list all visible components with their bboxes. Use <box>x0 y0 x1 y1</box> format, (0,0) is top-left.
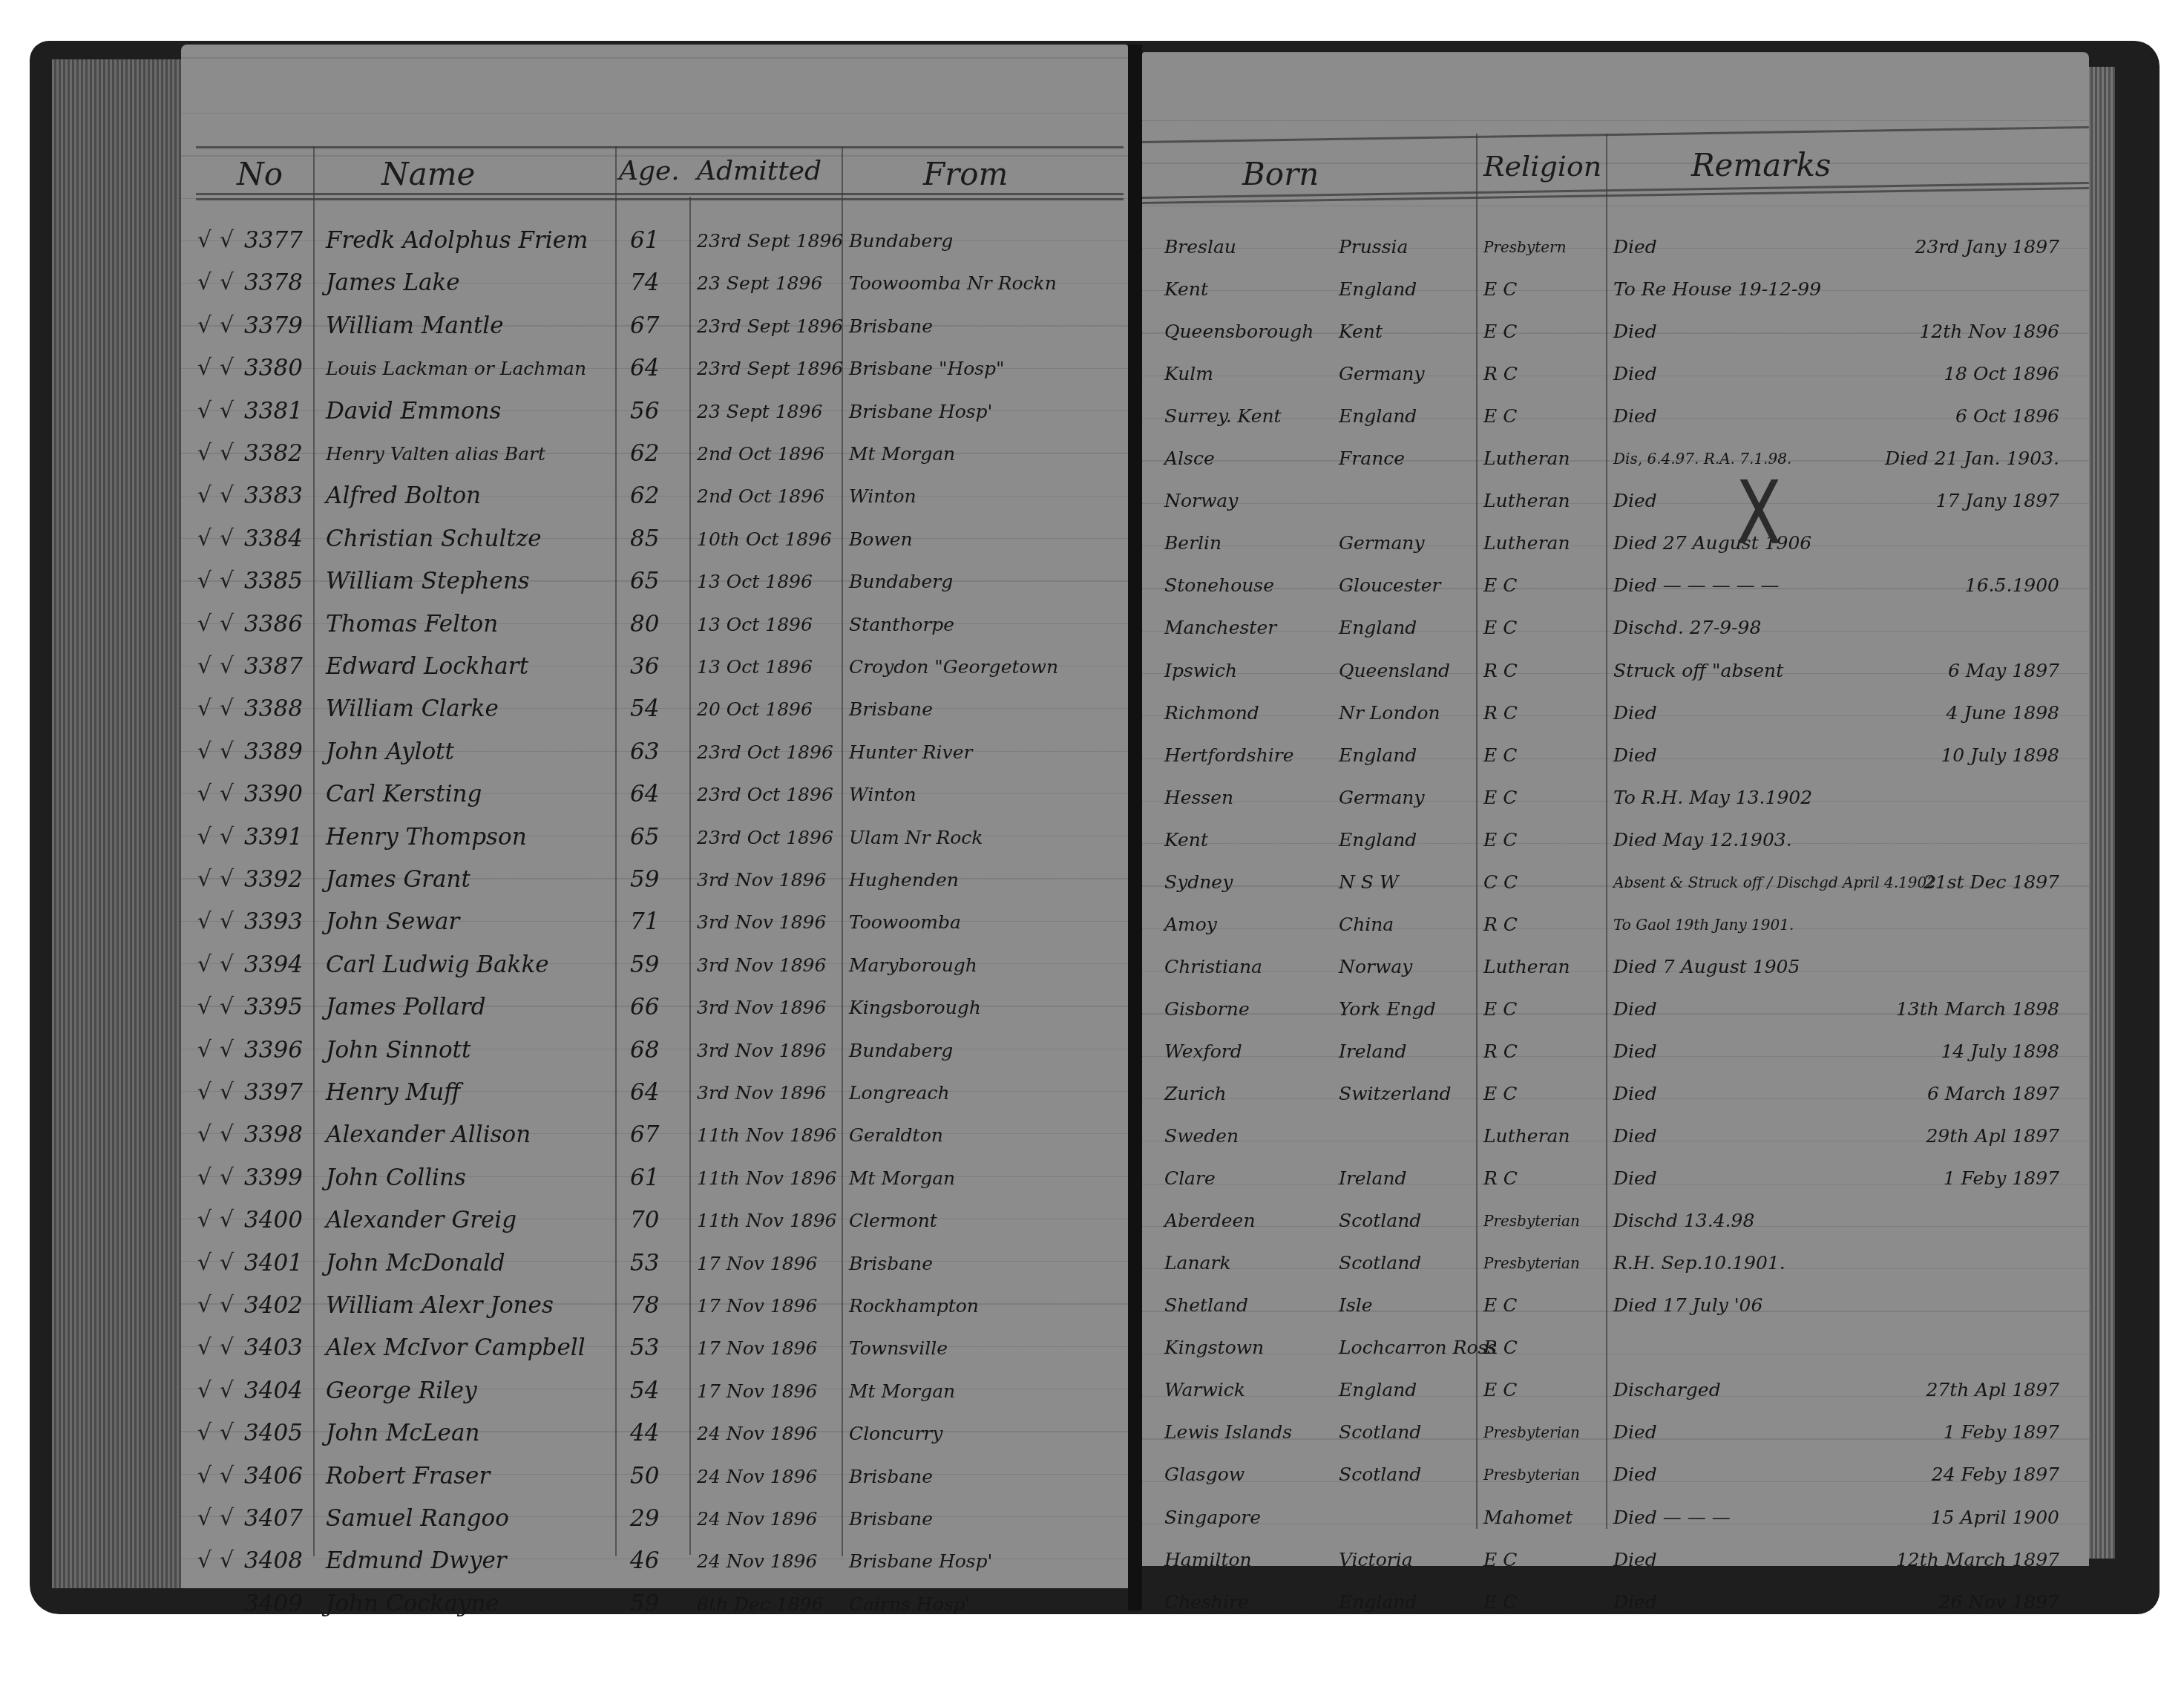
entry-name: Alexander Greig <box>326 1207 517 1233</box>
entry-religion: R C <box>1483 363 1518 384</box>
check-mark-icon: √ <box>220 269 234 295</box>
entry-from: Winton <box>849 784 916 805</box>
entry-age: 67 <box>630 1121 659 1148</box>
table-row: ZurichSwitzerlandE CDied6 March 1897 <box>1142 1075 2089 1118</box>
entry-born-place: Hessen <box>1164 787 1233 808</box>
header-admitted: Admitted <box>697 156 822 186</box>
table-row: √√3391Henry Thompson6523rd Oct 1896Ulam … <box>181 819 1128 862</box>
entry-religion: E C <box>1483 1549 1517 1570</box>
entry-admitted: 24 Nov 1896 <box>697 1423 817 1444</box>
entry-name: John Cockayne <box>326 1590 499 1617</box>
entry-number: 3387 <box>244 653 303 680</box>
entry-born-place: Wexford <box>1164 1041 1242 1062</box>
entry-name: Christian Schultze <box>326 525 542 552</box>
entry-number: 3392 <box>244 866 303 893</box>
entry-religion: E C <box>1483 744 1517 766</box>
table-row: √√3399John Collins6111th Nov 1896Mt Morg… <box>181 1160 1128 1202</box>
entry-born-place: Sweden <box>1164 1125 1239 1147</box>
header-top-rule <box>196 146 1124 148</box>
entry-born-country: Queensland <box>1339 660 1450 681</box>
entry-religion: C C <box>1483 871 1518 893</box>
table-row: GisborneYork EngdE CDied13th March 1898 <box>1142 991 2089 1033</box>
entry-name: Louis Lackman or Lachman <box>326 358 586 379</box>
entry-age: 29 <box>630 1505 659 1532</box>
check-mark-icon: √ <box>197 1463 211 1489</box>
table-row: √√3405John McLean4424 Nov 1896Cloncurry <box>181 1415 1128 1458</box>
entry-admitted: 23 Sept 1896 <box>697 272 822 294</box>
entry-from: Ulam Nr Rock <box>849 827 983 848</box>
entry-religion: Presbyterian <box>1483 1254 1580 1272</box>
entry-born-country: N S W <box>1339 871 1399 893</box>
entry-age: 53 <box>630 1334 659 1361</box>
table-row: √√3403Alex McIvor Campbell5317 Nov 1896T… <box>181 1330 1128 1372</box>
entry-from: Brisbane "Hosp" <box>849 358 1005 379</box>
entry-remark: Died — — — <box>1613 1507 1731 1528</box>
entry-admitted: 8th Dec 1896 <box>697 1593 823 1615</box>
entry-remark-date: 1 Feby 1897 <box>1944 1421 2059 1443</box>
table-row: HertfordshireEnglandE CDied10 July 1898 <box>1142 737 2089 779</box>
entry-number: 3384 <box>244 525 303 552</box>
entry-name: John Aylott <box>326 738 454 765</box>
check-mark-icon: √ <box>220 1250 234 1276</box>
entry-age: 63 <box>630 738 659 765</box>
entry-born-country: England <box>1339 744 1417 766</box>
entry-age: 74 <box>630 269 659 296</box>
table-row: StonehouseGloucesterE CDied — — — — —16.… <box>1142 567 2089 609</box>
check-mark-icon: √ <box>220 227 234 253</box>
entry-admitted: 17 Nov 1896 <box>697 1295 817 1317</box>
entry-remark: To R.H. May 13.1902 <box>1613 787 1812 808</box>
entry-remark: Dischd. 27-9-98 <box>1613 617 1761 638</box>
entry-from: Mt Morgan <box>849 1380 955 1402</box>
header-bottom-rule <box>196 193 1124 195</box>
entry-remark-date: 1 Feby 1897 <box>1944 1167 2059 1189</box>
page-edges-left <box>52 59 193 1588</box>
entry-born-place: Kulm <box>1164 363 1213 384</box>
entry-born-place: Zurich <box>1164 1083 1227 1104</box>
header-top-rule <box>1142 126 2089 143</box>
check-mark-icon: √ <box>197 781 211 807</box>
entry-admitted: 3rd Nov 1896 <box>697 1082 826 1104</box>
struck-out-x-mark: X <box>1736 463 1782 565</box>
check-mark-icon: √ <box>197 611 211 637</box>
entry-from: Stanthorpe <box>849 614 954 635</box>
check-mark-icon: √ <box>220 695 234 721</box>
entry-name: William Mantle <box>326 312 504 339</box>
entry-from: Rockhampton <box>849 1295 979 1317</box>
book-gutter <box>1128 45 1142 1610</box>
entry-from: Brisbane <box>849 315 933 337</box>
entry-religion: Presbyterian <box>1483 1212 1580 1230</box>
check-mark-icon: √ <box>197 482 211 508</box>
entry-from: Geraldton <box>849 1124 943 1146</box>
entry-born-place: Berlin <box>1164 532 1221 554</box>
table-row: √√3382Henry Valten alias Bart622nd Oct 1… <box>181 436 1128 478</box>
entry-born-place: Hertfordshire <box>1164 744 1294 766</box>
entry-age: 68 <box>630 1037 659 1064</box>
entry-born-country: Nr London <box>1339 702 1440 724</box>
entry-name: Carl Ludwig Bakke <box>326 951 549 978</box>
check-mark-icon: √ <box>220 1037 234 1063</box>
entry-remark: Died <box>1613 702 1657 724</box>
entry-number: 3408 <box>244 1547 303 1574</box>
entry-remark-date: 15 April 1900 <box>1931 1507 2059 1528</box>
entry-name: George Riley <box>326 1377 477 1404</box>
entry-admitted: 23 Sept 1896 <box>697 401 822 422</box>
table-row: KentEnglandE CDied May 12.1903. <box>1142 822 2089 864</box>
entry-age: 61 <box>630 1164 659 1191</box>
entry-born-place: Richmond <box>1164 702 1259 724</box>
table-row: KulmGermanyR CDied18 Oct 1896 <box>1142 355 2089 398</box>
table-row: √√3393John Sewar713rd Nov 1896Toowoomba <box>181 904 1128 946</box>
table-row: AlsceFranceLutheranDis, 6.4.97. R.A. 7.1… <box>1142 440 2089 482</box>
entry-admitted: 11th Nov 1896 <box>697 1124 837 1146</box>
entry-name: William Alexr Jones <box>326 1292 554 1319</box>
table-row: SwedenLutheranDied29th Apl 1897 <box>1142 1118 2089 1160</box>
check-mark-icon: √ <box>220 738 234 764</box>
entry-religion: R C <box>1483 1337 1518 1358</box>
entry-born-place: Alsce <box>1164 448 1215 469</box>
entry-born-place: Singapore <box>1164 1507 1261 1528</box>
check-mark-icon: √ <box>197 1164 211 1190</box>
table-row: NorwayLutheranDied17 Jany 1897 <box>1142 482 2089 525</box>
table-row: √√3379William Mantle6723rd Sept 1896Bris… <box>181 308 1128 350</box>
table-row: √√3401John McDonald5317 Nov 1896Brisbane <box>181 1245 1128 1288</box>
entry-from: Longreach <box>849 1082 950 1104</box>
entry-number: 3383 <box>244 482 303 509</box>
entry-remark-date: 6 March 1897 <box>1927 1083 2059 1104</box>
entry-admitted: 23rd Oct 1896 <box>697 784 833 805</box>
entry-number: 3395 <box>244 994 303 1020</box>
entry-name: James Grant <box>326 866 470 893</box>
table-row: √√3394Carl Ludwig Bakke593rd Nov 1896Mar… <box>181 947 1128 989</box>
entry-born-country: Scotland <box>1339 1421 1421 1443</box>
entry-age: 56 <box>630 398 659 425</box>
entry-name: Alexander Allison <box>326 1121 531 1148</box>
entry-remark: Died <box>1613 363 1657 384</box>
check-mark-icon: √ <box>220 440 234 466</box>
entry-from: Cairns Hosp' <box>849 1593 970 1615</box>
table-row: √√3406Robert Fraser5024 Nov 1896Brisbane <box>181 1458 1128 1501</box>
check-mark-icon: √ <box>197 1420 211 1446</box>
entry-from: Croydon "Georgetown <box>849 656 1058 678</box>
entry-remark-date: 18 Oct 1896 <box>1944 363 2059 384</box>
entry-born-country: Scotland <box>1339 1252 1421 1274</box>
entry-remark: Struck off "absent <box>1613 660 1783 681</box>
entry-number: 3402 <box>244 1292 303 1319</box>
entry-from: Cloncurry <box>849 1423 942 1444</box>
entry-remark-date: 12th March 1897 <box>1896 1549 2059 1570</box>
entry-remark: Died <box>1613 321 1657 342</box>
table-row: √√3385William Stephens6513 Oct 1896Bunda… <box>181 563 1128 606</box>
entry-born-country: Norway <box>1339 956 1412 977</box>
entry-born-country: England <box>1339 278 1417 300</box>
entry-age: 80 <box>630 611 659 638</box>
check-mark-icon: √ <box>220 1505 234 1531</box>
check-mark-icon: √ <box>220 1079 234 1105</box>
table-row: √√3386Thomas Felton8013 Oct 1896Stanthor… <box>181 606 1128 649</box>
entry-remark: Died <box>1613 1041 1657 1062</box>
entry-born-country: England <box>1339 1379 1417 1400</box>
table-row: √√3378James Lake7423 Sept 1896Toowoomba … <box>181 265 1128 307</box>
entry-born-country: England <box>1339 829 1417 851</box>
table-row: LanarkScotlandPresbyterianR.H. Sep.10.19… <box>1142 1245 2089 1287</box>
check-mark-icon: √ <box>220 1207 234 1233</box>
table-row: √√3398Alexander Allison6711th Nov 1896Ge… <box>181 1117 1128 1159</box>
entry-born-place: Lewis Islands <box>1164 1421 1292 1443</box>
check-mark-icon: √ <box>197 355 211 381</box>
entry-from: Brisbane Hosp' <box>849 401 992 422</box>
check-mark-icon: √ <box>220 355 234 381</box>
entry-born-country: Isle <box>1339 1294 1373 1316</box>
entry-remark-date: 16.5.1900 <box>1965 574 2059 596</box>
entry-remark: To Gaol 19th Jany 1901. <box>1613 916 1794 934</box>
table-row: √√3390Carl Kersting6423rd Oct 1896Winton <box>181 776 1128 819</box>
entry-remark: Died <box>1613 744 1657 766</box>
entry-admitted: 2nd Oct 1896 <box>697 443 824 465</box>
check-mark-icon: √ <box>197 1590 211 1616</box>
check-mark-icon: √ <box>220 781 234 807</box>
check-mark-icon: √ <box>220 1121 234 1147</box>
entry-number: 3400 <box>244 1207 303 1233</box>
entry-number: 3390 <box>244 781 303 807</box>
entry-from: Brisbane <box>849 698 933 720</box>
table-row: √√3383Alfred Bolton622nd Oct 1896Winton <box>181 478 1128 520</box>
check-mark-icon: √ <box>220 951 234 977</box>
entry-from: Maryborough <box>849 954 977 976</box>
entry-remark: Died 17 July '06 <box>1613 1294 1762 1316</box>
check-mark-icon: √ <box>197 1292 211 1318</box>
entry-age: 64 <box>630 1079 659 1106</box>
entry-remark-date: 6 May 1897 <box>1948 660 2059 681</box>
entry-name: James Pollard <box>326 994 486 1020</box>
header-remarks: Remarks <box>1691 147 1831 183</box>
entry-admitted: 23rd Oct 1896 <box>697 827 833 848</box>
entry-age: 71 <box>630 908 659 935</box>
entry-religion: E C <box>1483 278 1517 300</box>
entry-admitted: 23rd Oct 1896 <box>697 741 833 763</box>
entry-name: Henry Muff <box>326 1079 460 1106</box>
check-mark-icon: √ <box>197 1505 211 1531</box>
entry-religion: E C <box>1483 1083 1517 1104</box>
entry-born-place: Shetland <box>1164 1294 1248 1316</box>
entry-born-place: Hamilton <box>1164 1549 1252 1570</box>
entry-name: William Stephens <box>326 568 530 594</box>
entry-remark: Died 7 August 1905 <box>1613 956 1800 977</box>
entry-number: 3393 <box>244 908 303 935</box>
entry-from: Brisbane <box>849 1466 933 1487</box>
entry-age: 65 <box>630 824 659 851</box>
entry-remark: Died <box>1613 1125 1657 1147</box>
entry-admitted: 3rd Nov 1896 <box>697 911 826 933</box>
entry-remark-date: 12th Nov 1896 <box>1919 321 2059 342</box>
entry-religion: E C <box>1483 998 1517 1020</box>
ledger-book: No Name Age. Admitted From √√3377Fredk A… <box>0 0 2184 1681</box>
right-page: Born Religion Remarks BreslauPrussiaPres… <box>1142 52 2089 1566</box>
entry-name: William Clarke <box>326 695 499 722</box>
header-name: Name <box>381 156 475 192</box>
entry-born-place: Warwick <box>1164 1379 1245 1400</box>
check-mark-icon: √ <box>197 269 211 295</box>
check-mark-icon: √ <box>197 951 211 977</box>
entry-admitted: 17 Nov 1896 <box>697 1337 817 1359</box>
entry-admitted: 13 Oct 1896 <box>697 614 813 635</box>
check-mark-icon: √ <box>197 1207 211 1233</box>
entry-remark: Died <box>1613 1167 1657 1189</box>
table-row: AberdeenScotlandPresbyterianDischd 13.4.… <box>1142 1202 2089 1245</box>
entry-remark: Absent & Struck off / Dischgd April 4.19… <box>1613 874 1936 891</box>
entry-born-place: Cheshire <box>1164 1591 1249 1613</box>
entry-name: James Lake <box>326 269 460 296</box>
entry-remark-date: 6 Oct 1896 <box>1955 405 2059 427</box>
entry-religion: E C <box>1483 1294 1517 1316</box>
table-row: WexfordIrelandR CDied14 July 1898 <box>1142 1033 2089 1075</box>
entry-remark: Died <box>1613 1591 1657 1613</box>
check-mark-icon: √ <box>220 525 234 551</box>
entry-born-country: Gloucester <box>1339 574 1441 596</box>
table-row: √√3381David Emmons5623 Sept 1896Brisbane… <box>181 393 1128 436</box>
entry-name: John McDonald <box>326 1250 505 1277</box>
entry-born-place: Manchester <box>1164 617 1276 638</box>
entry-remark: Died <box>1613 998 1657 1020</box>
entry-remark: To Re House 19-12-99 <box>1613 278 1821 300</box>
entry-born-country: England <box>1339 405 1417 427</box>
check-mark-icon: √ <box>220 866 234 892</box>
entry-religion: R C <box>1483 702 1518 724</box>
entry-age: 62 <box>630 440 659 467</box>
entry-age: 64 <box>630 781 659 807</box>
entry-from: Clermont <box>849 1210 937 1231</box>
check-mark-icon: √ <box>197 568 211 594</box>
entry-age: 50 <box>630 1463 659 1490</box>
table-row: ClareIrelandR CDied1 Feby 1897 <box>1142 1160 2089 1202</box>
table-row: SydneyN S WC CAbsent & Struck off / Disc… <box>1142 864 2089 906</box>
entry-born-country: Victoria <box>1339 1549 1413 1570</box>
table-row: √√3389John Aylott6323rd Oct 1896Hunter R… <box>181 734 1128 776</box>
table-row: GlasgowScotlandPresbyterianDied24 Feby 1… <box>1142 1456 2089 1498</box>
entry-religion: E C <box>1483 405 1517 427</box>
entry-age: 54 <box>630 695 659 722</box>
table-row: BerlinGermanyLutheranDied 27 August 1906 <box>1142 525 2089 567</box>
check-mark-icon: √ <box>220 1377 234 1403</box>
table-row: √√3384Christian Schultze8510th Oct 1896B… <box>181 521 1128 563</box>
entry-from: Bundaberg <box>849 230 953 252</box>
entry-born-place: Aberdeen <box>1164 1210 1256 1231</box>
entry-from: Hughenden <box>849 869 959 891</box>
table-row: √√3400Alexander Greig7011th Nov 1896Cler… <box>181 1202 1128 1245</box>
entry-born-country: Scotland <box>1339 1464 1421 1485</box>
entry-name: Henry Thompson <box>326 824 527 851</box>
entry-number: 3377 <box>244 227 303 254</box>
check-mark-icon: √ <box>197 1250 211 1276</box>
entry-admitted: 10th Oct 1896 <box>697 528 832 550</box>
check-mark-icon: √ <box>197 695 211 721</box>
entry-born-place: Lanark <box>1164 1252 1231 1274</box>
check-mark-icon: √ <box>220 482 234 508</box>
entry-name: Henry Valten alias Bart <box>326 443 545 465</box>
entry-remark-date: 10 July 1898 <box>1941 744 2059 766</box>
entry-name: Fredk Adolphus Friem <box>326 227 588 254</box>
entry-born-country: England <box>1339 617 1417 638</box>
check-mark-icon: √ <box>220 994 234 1020</box>
entry-age: 85 <box>630 525 659 552</box>
entry-number: 3382 <box>244 440 303 467</box>
entry-number: 3401 <box>244 1250 303 1277</box>
entry-born-place: Kingstown <box>1164 1337 1264 1358</box>
entry-admitted: 3rd Nov 1896 <box>697 954 826 976</box>
entry-remark-date: 17 Jany 1897 <box>1936 490 2059 511</box>
entry-remark: Died 27 August 1906 <box>1613 532 1811 554</box>
entry-name: Samuel Rangoo <box>326 1505 509 1532</box>
entry-remark: Died — — — — — <box>1613 574 1780 596</box>
entry-remark-date: 13th March 1898 <box>1896 998 2059 1020</box>
entry-age: 64 <box>630 355 659 381</box>
check-mark-icon: √ <box>220 824 234 850</box>
entry-number: 3407 <box>244 1505 303 1532</box>
entry-admitted: 24 Nov 1896 <box>697 1550 817 1572</box>
table-row: BreslauPrussiaPresbyternDied23rd Jany 18… <box>1142 229 2089 271</box>
entry-born-country: Germany <box>1339 532 1425 554</box>
table-row: IpswichQueenslandR CStruck off "absent6 … <box>1142 652 2089 695</box>
header-from: From <box>923 156 1008 192</box>
entry-born-place: Queensborough <box>1164 321 1314 342</box>
entry-born-country: Switzerland <box>1339 1083 1452 1104</box>
entry-number: 3378 <box>244 269 303 296</box>
check-mark-icon: √ <box>220 653 234 679</box>
check-mark-icon: √ <box>197 440 211 466</box>
entry-from: Bundaberg <box>849 1040 953 1061</box>
entry-remark: Died <box>1613 1549 1657 1570</box>
entry-admitted: 11th Nov 1896 <box>697 1167 837 1189</box>
table-row: Surrey. KentEnglandE CDied6 Oct 1896 <box>1142 398 2089 440</box>
check-mark-icon: √ <box>220 312 234 338</box>
table-row: √√3396John Sinnott683rd Nov 1896Bundaber… <box>181 1032 1128 1075</box>
check-mark-icon: √ <box>220 398 234 424</box>
table-row: ShetlandIsleE CDied 17 July '06 <box>1142 1287 2089 1329</box>
entry-religion: Presbytern <box>1483 238 1567 256</box>
check-mark-icon: √ <box>197 1121 211 1147</box>
check-mark-icon: √ <box>197 1334 211 1360</box>
entry-admitted: 3rd Nov 1896 <box>697 869 826 891</box>
entry-admitted: 24 Nov 1896 <box>697 1508 817 1530</box>
entry-admitted: 20 Oct 1896 <box>697 698 813 720</box>
table-row: √√3377Fredk Adolphus Friem6123rd Sept 18… <box>181 223 1128 265</box>
check-mark-icon: √ <box>220 1292 234 1318</box>
entry-name: Carl Kersting <box>326 781 482 807</box>
entry-from: Mt Morgan <box>849 1167 955 1189</box>
table-row: RichmondNr LondonR CDied4 June 1898 <box>1142 695 2089 737</box>
entry-remark-date: Died 21 Jan. 1903. <box>1885 448 2059 469</box>
entry-religion: Lutheran <box>1483 532 1570 554</box>
entry-religion: E C <box>1483 574 1517 596</box>
entry-name: Edward Lockhart <box>326 653 528 680</box>
entry-remark-date: 21st Dec 1897 <box>1924 871 2059 893</box>
entry-name: David Emmons <box>326 398 501 425</box>
entry-remark-date: 26 Nov 1897 <box>1939 1591 2059 1613</box>
table-row: QueensboroughKentE CDied12th Nov 1896 <box>1142 313 2089 355</box>
entry-name: Robert Fraser <box>326 1463 490 1490</box>
check-mark-icon: √ <box>220 1590 234 1616</box>
entry-religion: E C <box>1483 829 1517 851</box>
entry-number: 3389 <box>244 738 303 765</box>
entry-age: 61 <box>630 227 659 254</box>
entry-admitted: 17 Nov 1896 <box>697 1380 817 1402</box>
entry-from: Winton <box>849 485 916 507</box>
check-mark-icon: √ <box>197 398 211 424</box>
entry-admitted: 3rd Nov 1896 <box>697 1040 826 1061</box>
entry-name: Alfred Bolton <box>326 482 481 509</box>
entry-number: 3405 <box>244 1420 303 1446</box>
